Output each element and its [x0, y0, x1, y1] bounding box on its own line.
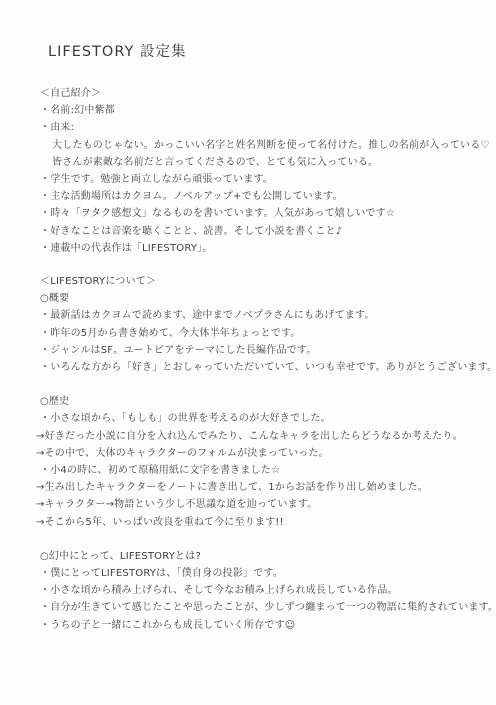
hobby-line: ・好きなことは音楽を聴くことと、読書。そして小説を書くこと♪ — [40, 223, 480, 240]
origin-detail-line-1: 大したものじゃない。かっこいい名字と姓名判断を使って名付けた。推しの名前が入って… — [40, 137, 480, 154]
meaning-line: ・小さな頃から積み上げられ、そして今なお積み上げられ成長している作品。 — [40, 582, 480, 599]
representative-work-line: ・連載中の代表作は「LIFESTORY」。 — [40, 240, 480, 257]
history-arrow-line: →生み出したキャラクターをノートに書き出して、1からお話を作り出し始めました。 — [36, 479, 480, 496]
meaning-line: ・僕にとってLIFESTORYは、「僕自身の投影」です。 — [40, 565, 480, 582]
meaning-heading: ○幻中にとって、LIFESTORYとは? — [40, 548, 480, 565]
history-arrow-line: →そこから5年、いっぱい改良を重ねて今に至ります!! — [36, 514, 480, 531]
history-heading: ○歴史 — [40, 393, 480, 410]
essay-line: ・時々「ヲタク感想文」なるものを書いています。人気があって嬉しいです☆ — [40, 205, 480, 222]
page-title: LIFESTORY 設定集 — [48, 40, 480, 61]
overview-line: ・いろんな方から「好き」とおしゃっていただいていて、いつも幸せです。ありがとうご… — [40, 359, 480, 376]
history-arrow-line: →好きだった小説に自分を入れ込んでみたり、こんなキャラを出したらどうなるか考えた… — [36, 428, 480, 445]
origin-detail-line-2: 皆さんが素敵な名前だと言ってくださるので、とても気に入っている。 — [40, 154, 480, 171]
section-self-introduction: ＜自己紹介＞ ・名前:幻中紫都 ・由来: 大したものじゃない。かっこいい名字と姓… — [40, 85, 480, 257]
section-about-lifestory: ＜LIFESTORYについて＞ ○概要 ・最新話はカクヨムで読めます、途中までノ… — [40, 273, 480, 634]
meaning-line: ・自分が生きていて感じたことや思ったことが、少しずつ纏まって一つの物語に集約され… — [40, 599, 480, 616]
overview-line: ・最新話はカクヨムで読めます、途中までノベプラさんにもあげてます。 — [40, 307, 480, 324]
overview-line: ・ジャンルはSF。ユートピアをテーマにした長編作品です。 — [40, 342, 480, 359]
overview-heading: ○概要 — [40, 290, 480, 307]
activity-place-line: ・主な活動場所はカクヨム。ノベルアップ+でも公開しています。 — [40, 188, 480, 205]
document-page: LIFESTORY 設定集 ＜自己紹介＞ ・名前:幻中紫都 ・由来: 大したもの… — [0, 0, 496, 705]
origin-label-line: ・由来: — [40, 119, 480, 136]
meaning-line: ・うちの子と一緒にこれからも成長していく所存です☺ — [40, 617, 480, 634]
history-line: ・小さな頃から、「もしも」の世界を考えるのが大好きでした。 — [40, 410, 480, 427]
self-introduction-heading: ＜自己紹介＞ — [40, 85, 480, 102]
about-lifestory-heading: ＜LIFESTORYについて＞ — [40, 273, 480, 290]
name-line: ・名前:幻中紫都 — [40, 102, 480, 119]
student-line: ・学生です。勉強と両立しながら頑張っています。 — [40, 171, 480, 188]
overview-line: ・昨年の5月から書き始めて、今大体半年ちょっとです。 — [40, 325, 480, 342]
history-line: ・小4の時に、初めて原稿用紙に文字を書きました☆ — [40, 462, 480, 479]
history-arrow-line: →キャラクター→物語という少し不思議な道を辿っています。 — [36, 496, 480, 513]
history-arrow-line: →その中で、大体のキャラクターのフォルムが決まっていった。 — [36, 445, 480, 462]
